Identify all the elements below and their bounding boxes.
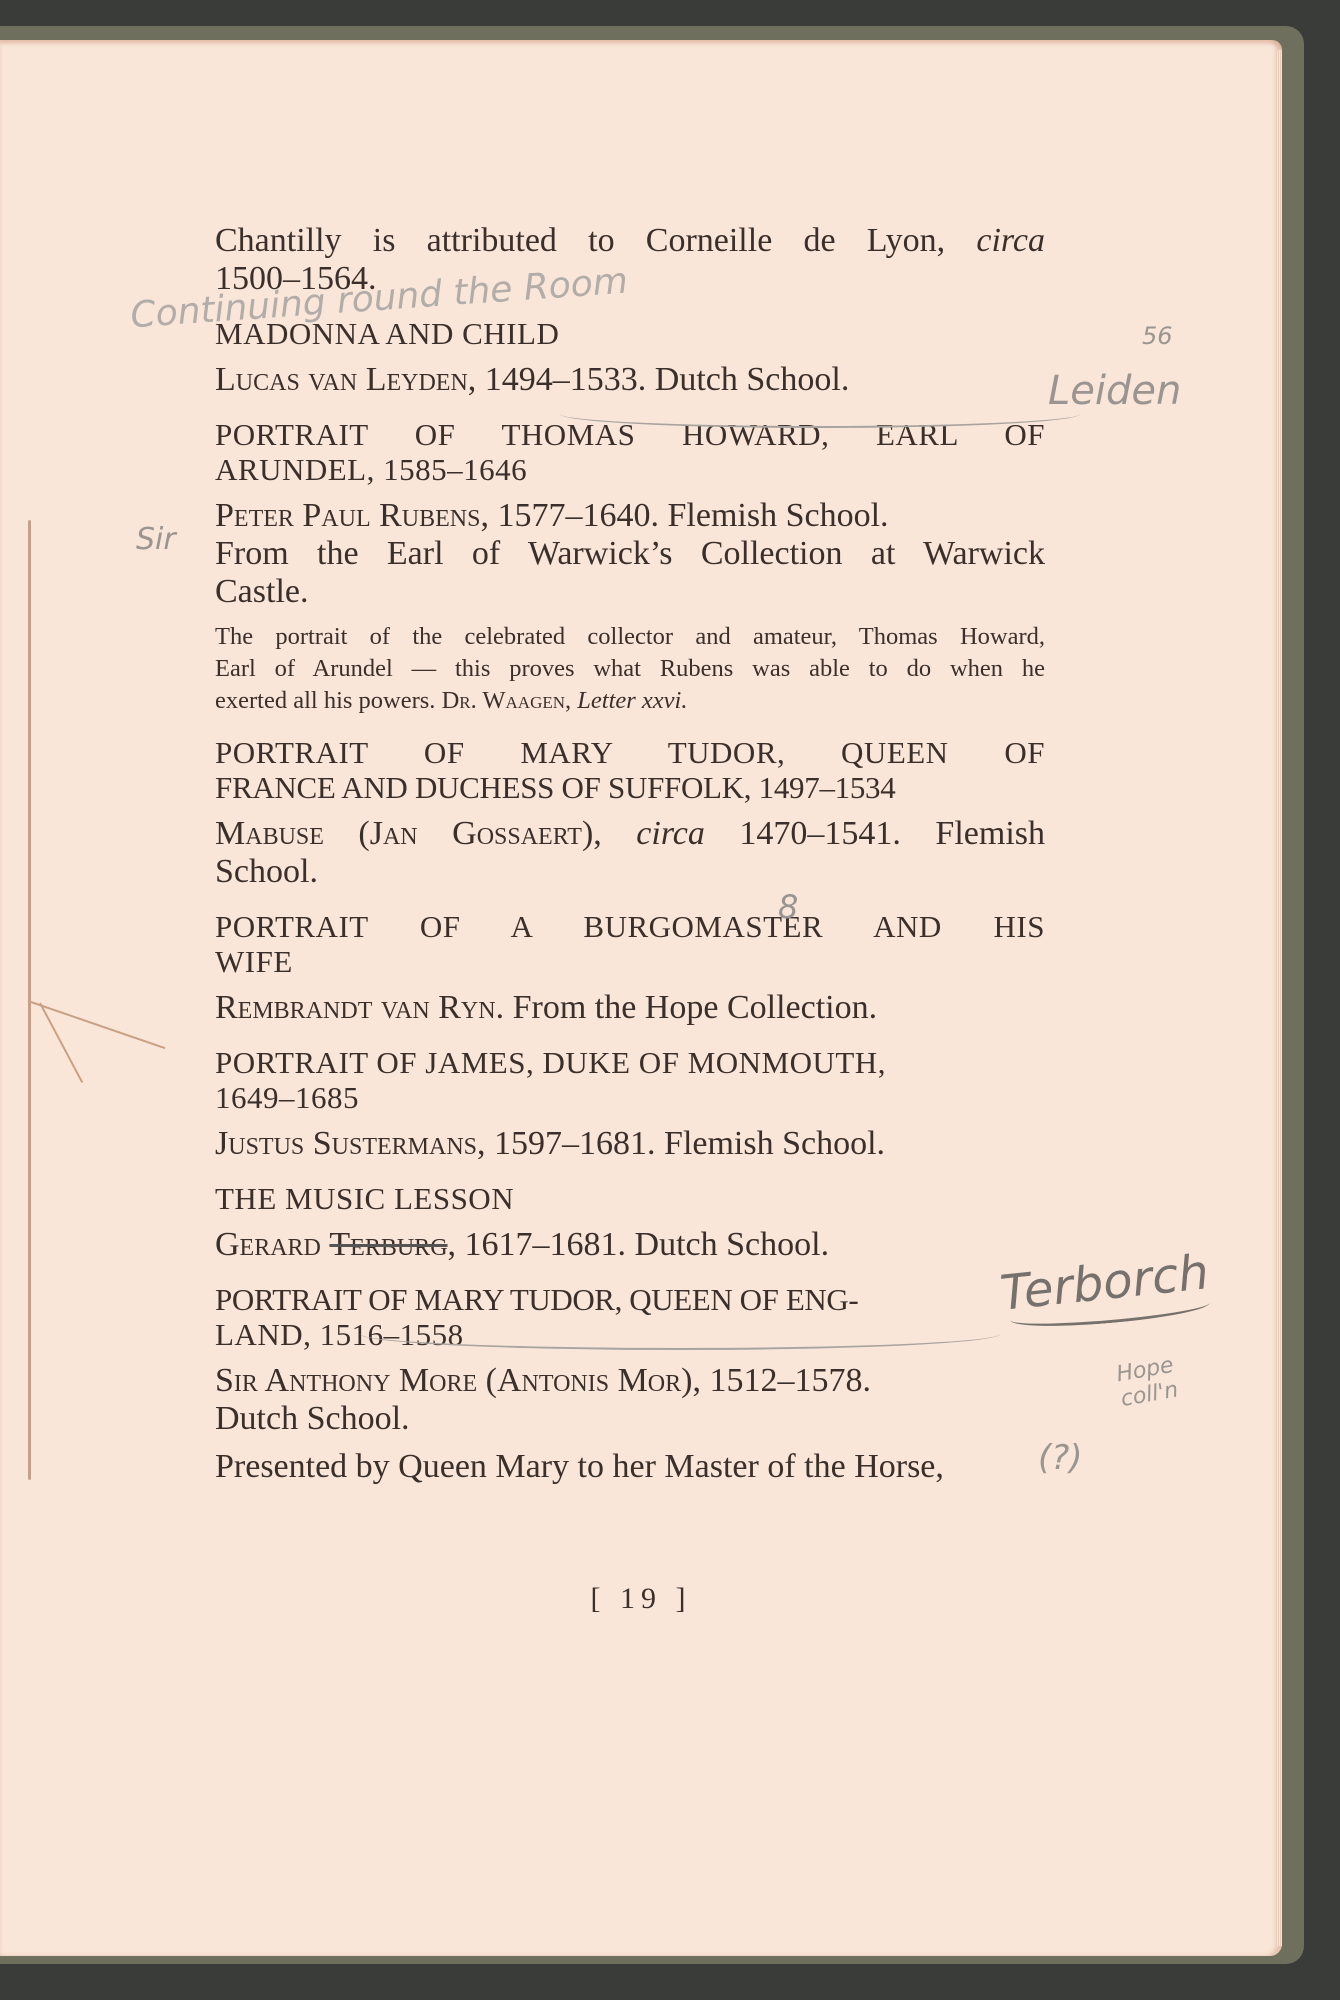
entry-title: ARUNDEL, 1585–1646 <box>215 452 1045 487</box>
entry-title: PORTRAIT OF MARY TUDOR, QUEEN OF ENG- <box>215 1282 1045 1317</box>
entry-provenance: Castle. <box>215 573 1045 611</box>
entry-artist: Justus Sustermans, 1597–1681. Flemish Sc… <box>215 1125 1045 1163</box>
entry-provenance: From the Earl of Warwick’s Collection at… <box>215 535 1045 573</box>
catalog-entry: PORTRAIT OF THOMAS HOWARD, EARL OF ARUND… <box>215 417 1045 717</box>
page-edges <box>1276 50 1282 1946</box>
catalog-entry: PORTRAIT OF A BURGOMASTER AND HIS WIFE R… <box>215 909 1045 1027</box>
entry-title: PORTRAIT OF A BURGOMASTER AND HIS <box>215 909 1045 944</box>
entry-artist: Rembrandt van Ryn. From the Hope Collect… <box>215 989 1045 1027</box>
entry-title: PORTRAIT OF MARY TUDOR, QUEEN OF <box>215 735 1045 770</box>
entry-school: Dutch School. <box>215 1400 1045 1438</box>
pencil-annotation-eight: 8 <box>778 888 798 926</box>
catalog-entry: PORTRAIT OF MARY TUDOR, QUEEN OF FRANCE … <box>215 735 1045 891</box>
pencil-annotation-number: 56 <box>1142 322 1173 350</box>
pencil-annotation-leiden: Leiden <box>1048 368 1181 414</box>
pencil-annotation-question: (?) <box>1038 1438 1083 1478</box>
page-number: [ 19 ] <box>0 1582 1282 1616</box>
entry-title: THE MUSIC LESSON <box>215 1181 1045 1216</box>
intro-line: Chantilly is attributed to Corneille de … <box>215 222 1045 260</box>
entry-quote: Earl of Arundel — this proves what Ruben… <box>215 653 1045 685</box>
entry-artist: Peter Paul Rubens, 1577–1640. Flemish Sc… <box>215 497 1045 535</box>
entry-title: 1649–1685 <box>215 1080 1045 1115</box>
catalog-entry: PORTRAIT OF JAMES, DUKE OF MONMOUTH, 164… <box>215 1045 1045 1163</box>
catalog-entry: THE MUSIC LESSON Gerard Terburg, 1617–16… <box>215 1181 1045 1264</box>
entry-artist: Sir Anthony More (Antonis Mor), 1512–157… <box>215 1362 1045 1400</box>
binding-thread-tail <box>39 1003 83 1083</box>
entry-title: WIFE <box>215 944 1045 979</box>
pencil-connector-line <box>360 1318 1000 1350</box>
entry-artist: Mabuse (Jan Gossaert), circa 1470–1541. … <box>215 815 1045 853</box>
entry-quote: exerted all his powers. Dr. Waagen, Lett… <box>215 685 1045 717</box>
catalog-entry: MADONNA AND CHILD Lucas van Leyden, 1494… <box>215 316 1045 399</box>
entry-artist: Gerard Terburg, 1617–1681. Dutch School. <box>215 1226 1045 1264</box>
pencil-annotation-sir: Sir <box>136 522 176 557</box>
entry-school: School. <box>215 853 1045 891</box>
entry-artist: Lucas van Leyden, 1494–1533. Dutch Schoo… <box>215 361 1045 399</box>
entry-title: FRANCE AND DUCHESS OF SUFFOLK, 1497–1534 <box>215 770 1045 805</box>
entry-title: PORTRAIT OF JAMES, DUKE OF MONMOUTH, <box>215 1045 1045 1080</box>
entry-note: Presented by Queen Mary to her Master of… <box>215 1448 1045 1486</box>
entry-quote: The portrait of the celebrated collector… <box>215 621 1045 653</box>
binding-thread-tail <box>28 1000 166 1049</box>
pencil-underline <box>560 400 1080 428</box>
catalog-entry: PORTRAIT OF MARY TUDOR, QUEEN OF ENG- LA… <box>215 1282 1045 1486</box>
